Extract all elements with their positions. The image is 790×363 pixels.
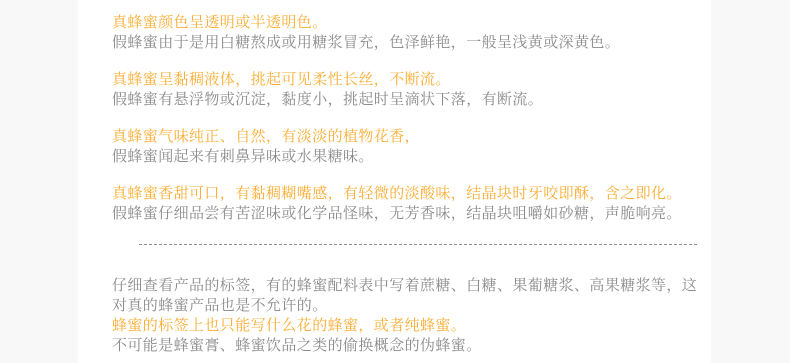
fake-honey-viscosity-text: 假蜂蜜有悬浮物或沉淀，黏度小，挑起时呈滴状下落，有断流。 — [112, 90, 709, 110]
comparison-smell: 真蜂蜜气味纯正、自然，有淡淡的植物花香， 假蜂蜜闻起来有刺鼻异味或水果糖味。 — [112, 127, 709, 167]
label-note: 仔细查看产品的标签，有的蜂蜜配料表中写着蔗糖、白糖、果葡糖浆、高果糖浆等，这 对… — [112, 276, 709, 356]
page-background: 真蜂蜜颜色呈透明或半透明色。 假蜂蜜由于是用白糖熬成或用糖浆冒充，色泽鲜艳，一般… — [0, 0, 790, 363]
label-note-line: 对真的蜂蜜产品也是不允许的。 — [112, 296, 709, 316]
content-card: 真蜂蜜颜色呈透明或半透明色。 假蜂蜜由于是用白糖熬成或用糖浆冒充，色泽鲜艳，一般… — [78, 0, 711, 363]
dashed-divider — [139, 244, 697, 245]
fake-honey-smell-text: 假蜂蜜闻起来有刺鼻异味或水果糖味。 — [112, 147, 709, 167]
fake-honey-color-text: 假蜂蜜由于是用白糖熬成或用糖浆冒充，色泽鲜艳，一般呈浅黄或深黄色。 — [112, 33, 709, 53]
comparison-viscosity: 真蜂蜜呈黏稠液体，挑起可见柔性长丝，不断流。 假蜂蜜有悬浮物或沉淀，黏度小，挑起… — [112, 70, 709, 110]
fake-honey-taste-text: 假蜂蜜仔细品尝有苦涩味或化学品怪味，无芳香味，结晶块咀嚼如砂糖，声脆响亮。 — [112, 204, 709, 224]
label-note-line: 不可能是蜂蜜膏、蜂蜜饮品之类的偷换概念的伪蜂蜜。 — [112, 336, 709, 356]
honey-comparison-list: 真蜂蜜颜色呈透明或半透明色。 假蜂蜜由于是用白糖熬成或用糖浆冒充，色泽鲜艳，一般… — [112, 13, 709, 224]
comparison-taste: 真蜂蜜香甜可口，有黏稠糊嘴感，有轻微的淡酸味，结晶块时牙咬即酥，含之即化。 假蜂… — [112, 184, 709, 224]
real-honey-smell-text: 真蜂蜜气味纯正、自然，有淡淡的植物花香， — [112, 127, 709, 147]
real-honey-taste-text: 真蜂蜜香甜可口，有黏稠糊嘴感，有轻微的淡酸味，结晶块时牙咬即酥，含之即化。 — [112, 184, 709, 204]
comparison-color: 真蜂蜜颜色呈透明或半透明色。 假蜂蜜由于是用白糖熬成或用糖浆冒充，色泽鲜艳，一般… — [112, 13, 709, 53]
real-honey-color-text: 真蜂蜜颜色呈透明或半透明色。 — [112, 13, 709, 33]
label-note-highlight-line: 蜂蜜的标签上也只能写什么花的蜂蜜，或者纯蜂蜜。 — [112, 316, 709, 336]
label-note-line: 仔细查看产品的标签，有的蜂蜜配料表中写着蔗糖、白糖、果葡糖浆、高果糖浆等，这 — [112, 276, 709, 296]
real-honey-viscosity-text: 真蜂蜜呈黏稠液体，挑起可见柔性长丝，不断流。 — [112, 70, 709, 90]
